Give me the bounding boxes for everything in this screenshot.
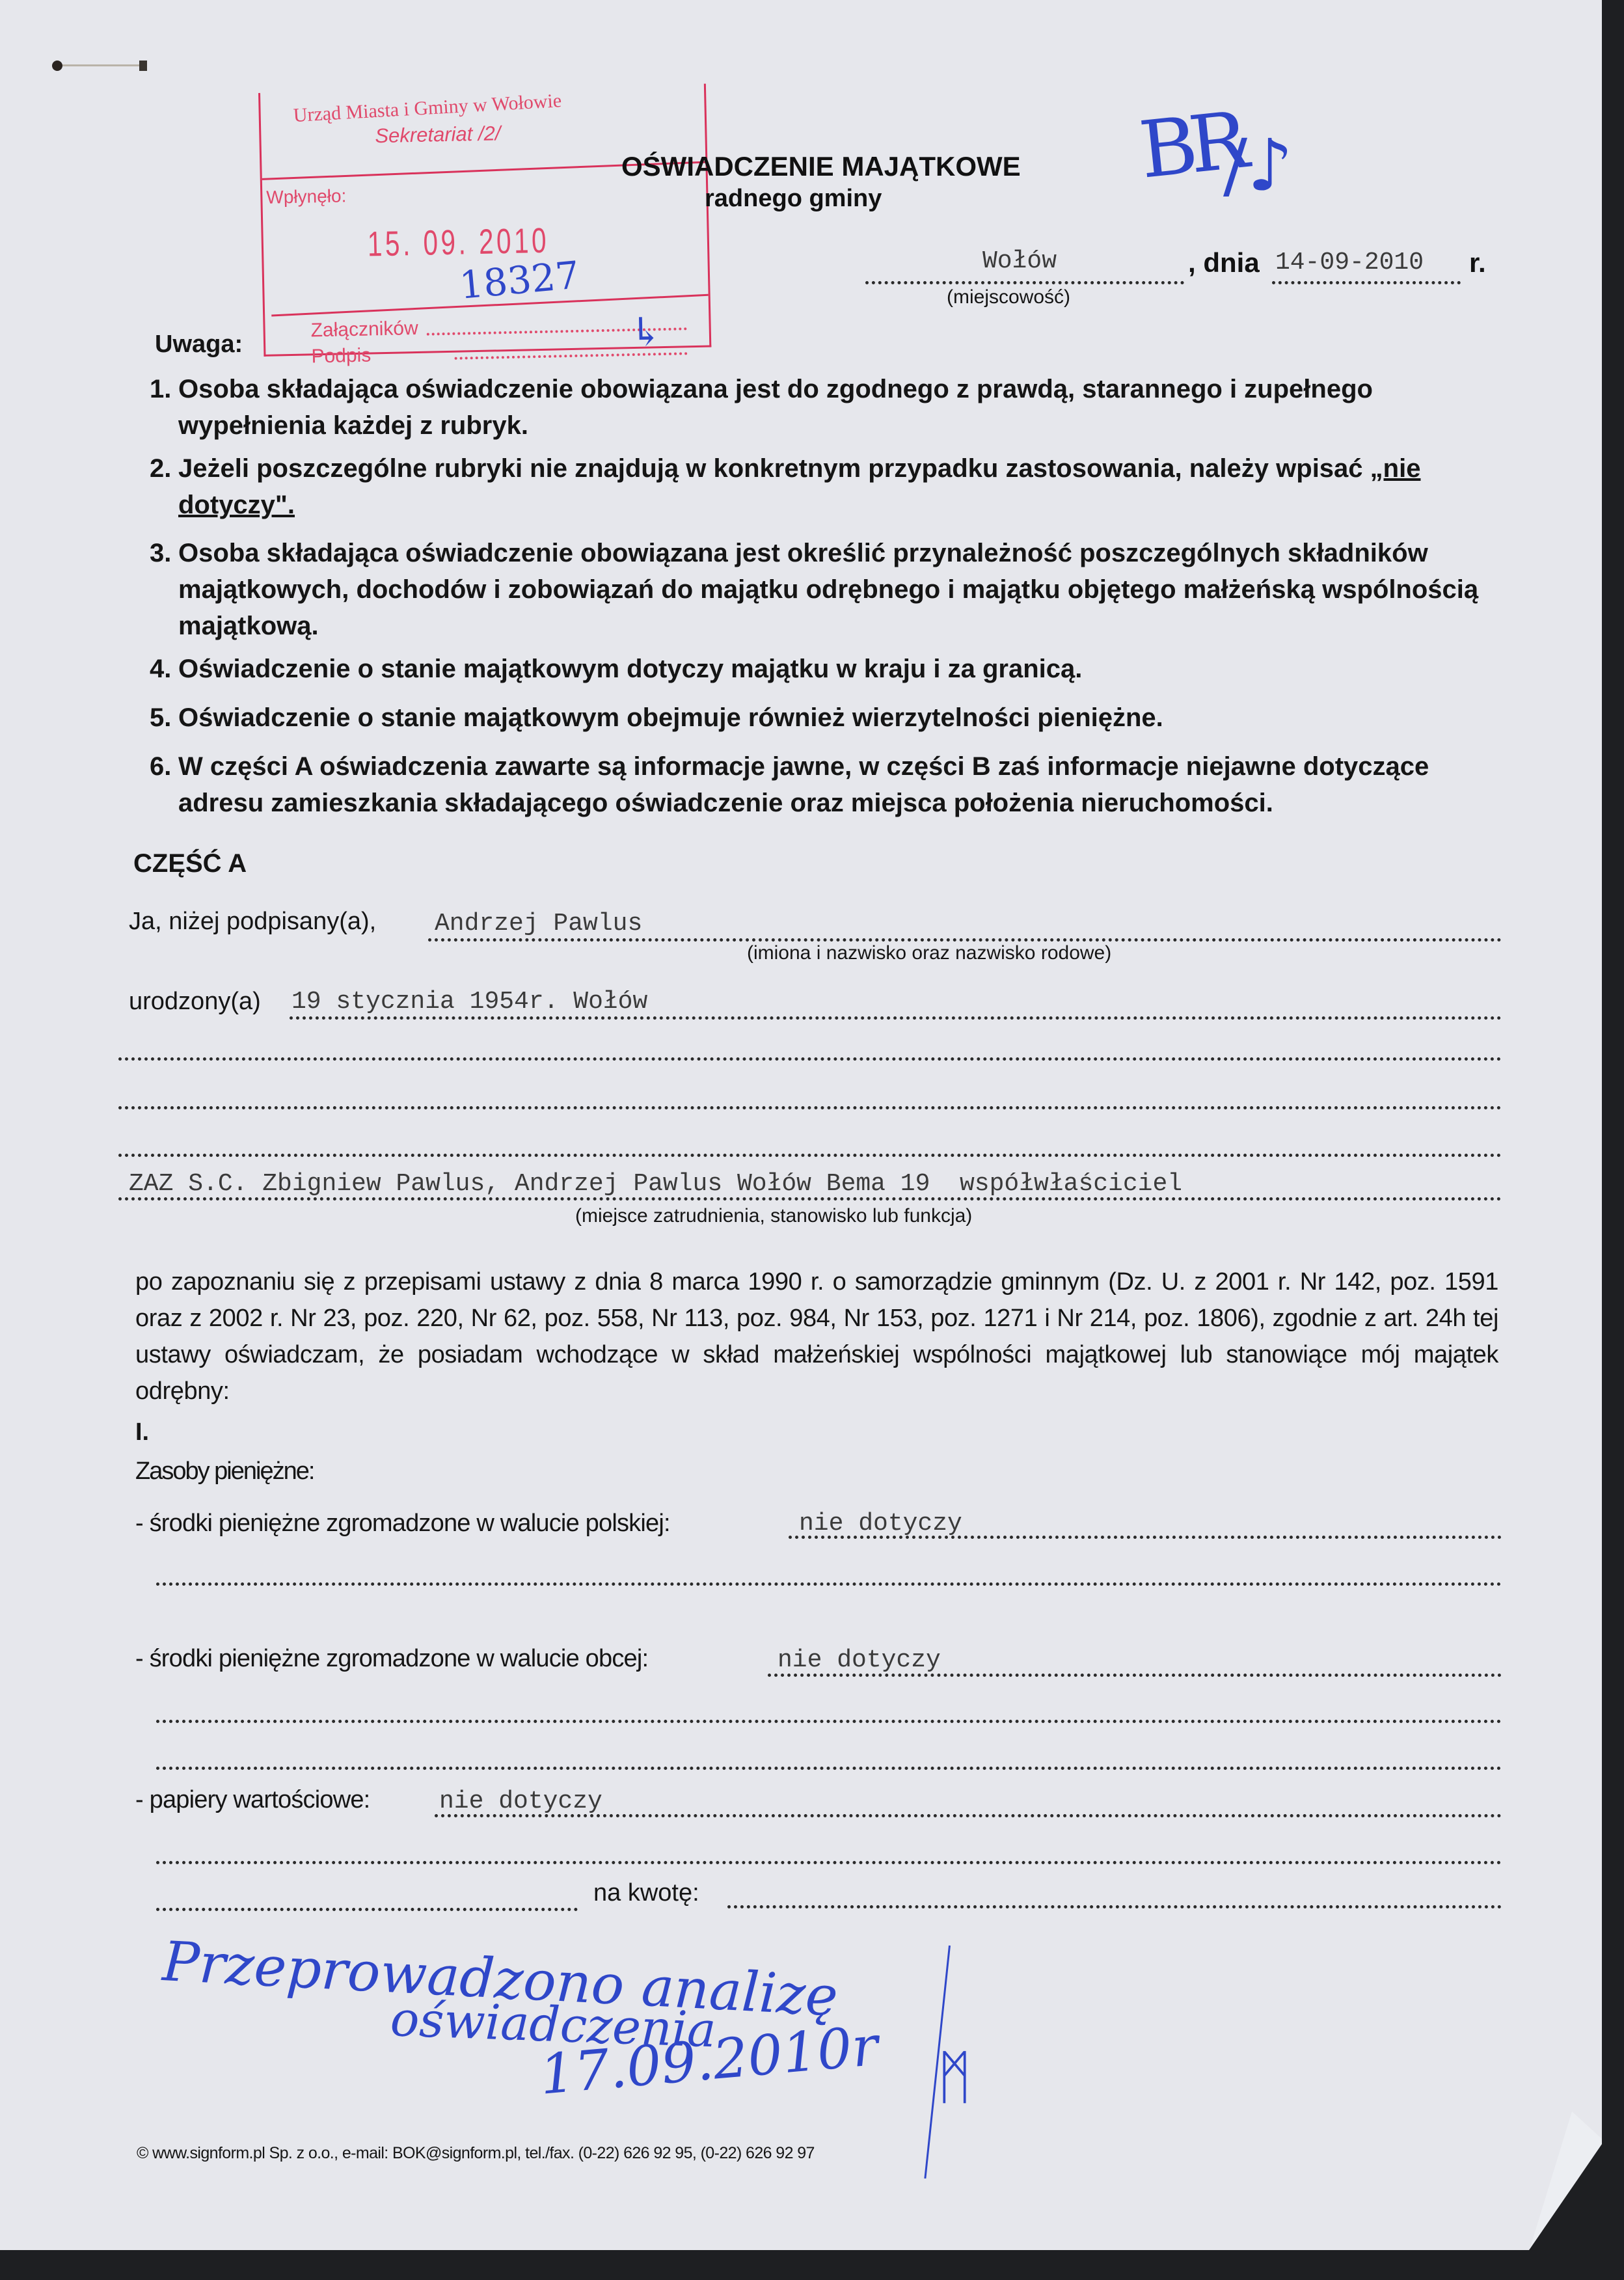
date-suffix: r. <box>1469 247 1486 278</box>
employment-value[interactable]: ZAZ S.C. Zbigniew Pawlus, Andrzej Pawlus… <box>129 1170 1182 1198</box>
stamp-signature-label: Podpis <box>311 344 371 368</box>
notice-item-1: 1. Osoba składająca oświadczenie obowiąz… <box>150 371 1496 444</box>
amount-left-line <box>156 1908 578 1911</box>
amount-label: na kwotę: <box>593 1879 699 1907</box>
securities-label: - papiery wartościowe: <box>135 1786 370 1814</box>
born-label: urodzony(a) <box>129 988 261 1016</box>
blank-line-3 <box>118 1154 1502 1157</box>
notice-item-2: 2. Jeżeli poszczególne rubryki nie znajd… <box>150 450 1496 523</box>
stamp-office: Urząd Miasta i Gminy w Wołowie <box>293 90 562 127</box>
pln-extra-line <box>156 1582 1502 1586</box>
place-caption: (miejscowość) <box>947 286 1070 308</box>
date-prefix: , dnia <box>1188 247 1260 278</box>
document-title: OŚWIADCZENIE MAJĄTKOWE <box>621 151 1021 182</box>
initials-slash-mark: /♪ <box>1223 124 1293 207</box>
folded-page-corner <box>1529 2111 1607 2251</box>
pln-label: - środki pieniężne zgromadzone w walucie… <box>135 1510 670 1538</box>
place-value[interactable]: Wołów <box>982 247 1057 275</box>
document-page: Urząd Miasta i Gminy w Wołowie Sekretari… <box>0 0 1602 2250</box>
signed-field-line <box>428 938 1502 942</box>
declaration-text: po zapoznaniu się z przepisami ustawy z … <box>135 1264 1498 1409</box>
handwritten-signature: ᛗ <box>937 2043 972 2111</box>
place-field-line <box>865 281 1184 284</box>
securities-extra-line <box>156 1861 1502 1864</box>
registration-stamp: Urząd Miasta i Gminy w Wołowie Sekretari… <box>258 84 711 357</box>
part-a-heading: CZĘŚĆ A <box>133 849 247 878</box>
notice-item-4: 4. Oświadczenie o stanie majątkowym doty… <box>150 651 1496 687</box>
date-field-line <box>1272 281 1461 284</box>
notice-item-6: 6. W części A oświadczenia zawarte są in… <box>150 748 1496 821</box>
securities-field-line <box>435 1814 1502 1817</box>
pln-field-line <box>789 1536 1502 1539</box>
stamp-received-label: Wpłynęło: <box>266 185 347 208</box>
notice-label: Uwaga: <box>155 331 243 359</box>
stamp-signature-mark: ↳ <box>629 309 663 355</box>
foreign-label: - środki pieniężne zgromadzone w walucie… <box>135 1645 648 1673</box>
pln-value[interactable]: nie dotyczy <box>799 1510 962 1538</box>
date-value[interactable]: 14-09-2010 <box>1275 249 1424 277</box>
notice-item-5: 5. Oświadczenie o stanie majątkowym obej… <box>150 699 1496 736</box>
notice-item-3: 3. Osoba składająca oświadczenie obowiąz… <box>150 535 1496 644</box>
employment-field-line <box>118 1197 1502 1201</box>
securities-value[interactable]: nie dotyczy <box>439 1787 602 1815</box>
signed-label: Ja, niżej podpisany(a), <box>129 908 376 936</box>
amount-field-line <box>727 1905 1502 1908</box>
section-number: I. <box>135 1418 149 1446</box>
foreign-field-line <box>768 1674 1502 1677</box>
staple-mark <box>52 61 150 71</box>
blank-line-1 <box>118 1057 1502 1061</box>
born-value[interactable]: 19 stycznia 1954r. Wołów <box>291 988 647 1016</box>
foreign-extra-line-1 <box>156 1720 1502 1723</box>
document-subtitle: radnego gminy <box>705 185 882 213</box>
stamp-attachments-label: Załączników <box>310 318 418 342</box>
section-title: Zasoby pieniężne: <box>135 1458 314 1486</box>
foreign-value[interactable]: nie dotyczy <box>778 1646 941 1674</box>
foreign-extra-line-2 <box>156 1767 1502 1770</box>
blank-line-2 <box>118 1106 1502 1109</box>
signed-value[interactable]: Andrzej Pawlus <box>435 910 642 938</box>
signed-caption: (imiona i nazwisko oraz nazwisko rodowe) <box>747 942 1111 964</box>
born-field-line <box>290 1016 1502 1020</box>
employment-caption: (miejsce zatrudnienia, stanowisko lub fu… <box>575 1205 972 1227</box>
stamp-department: Sekretariat /2/ <box>375 122 501 148</box>
footer-copyright: © www.signform.pl Sp. z o.o., e-mail: BO… <box>137 2144 815 2163</box>
